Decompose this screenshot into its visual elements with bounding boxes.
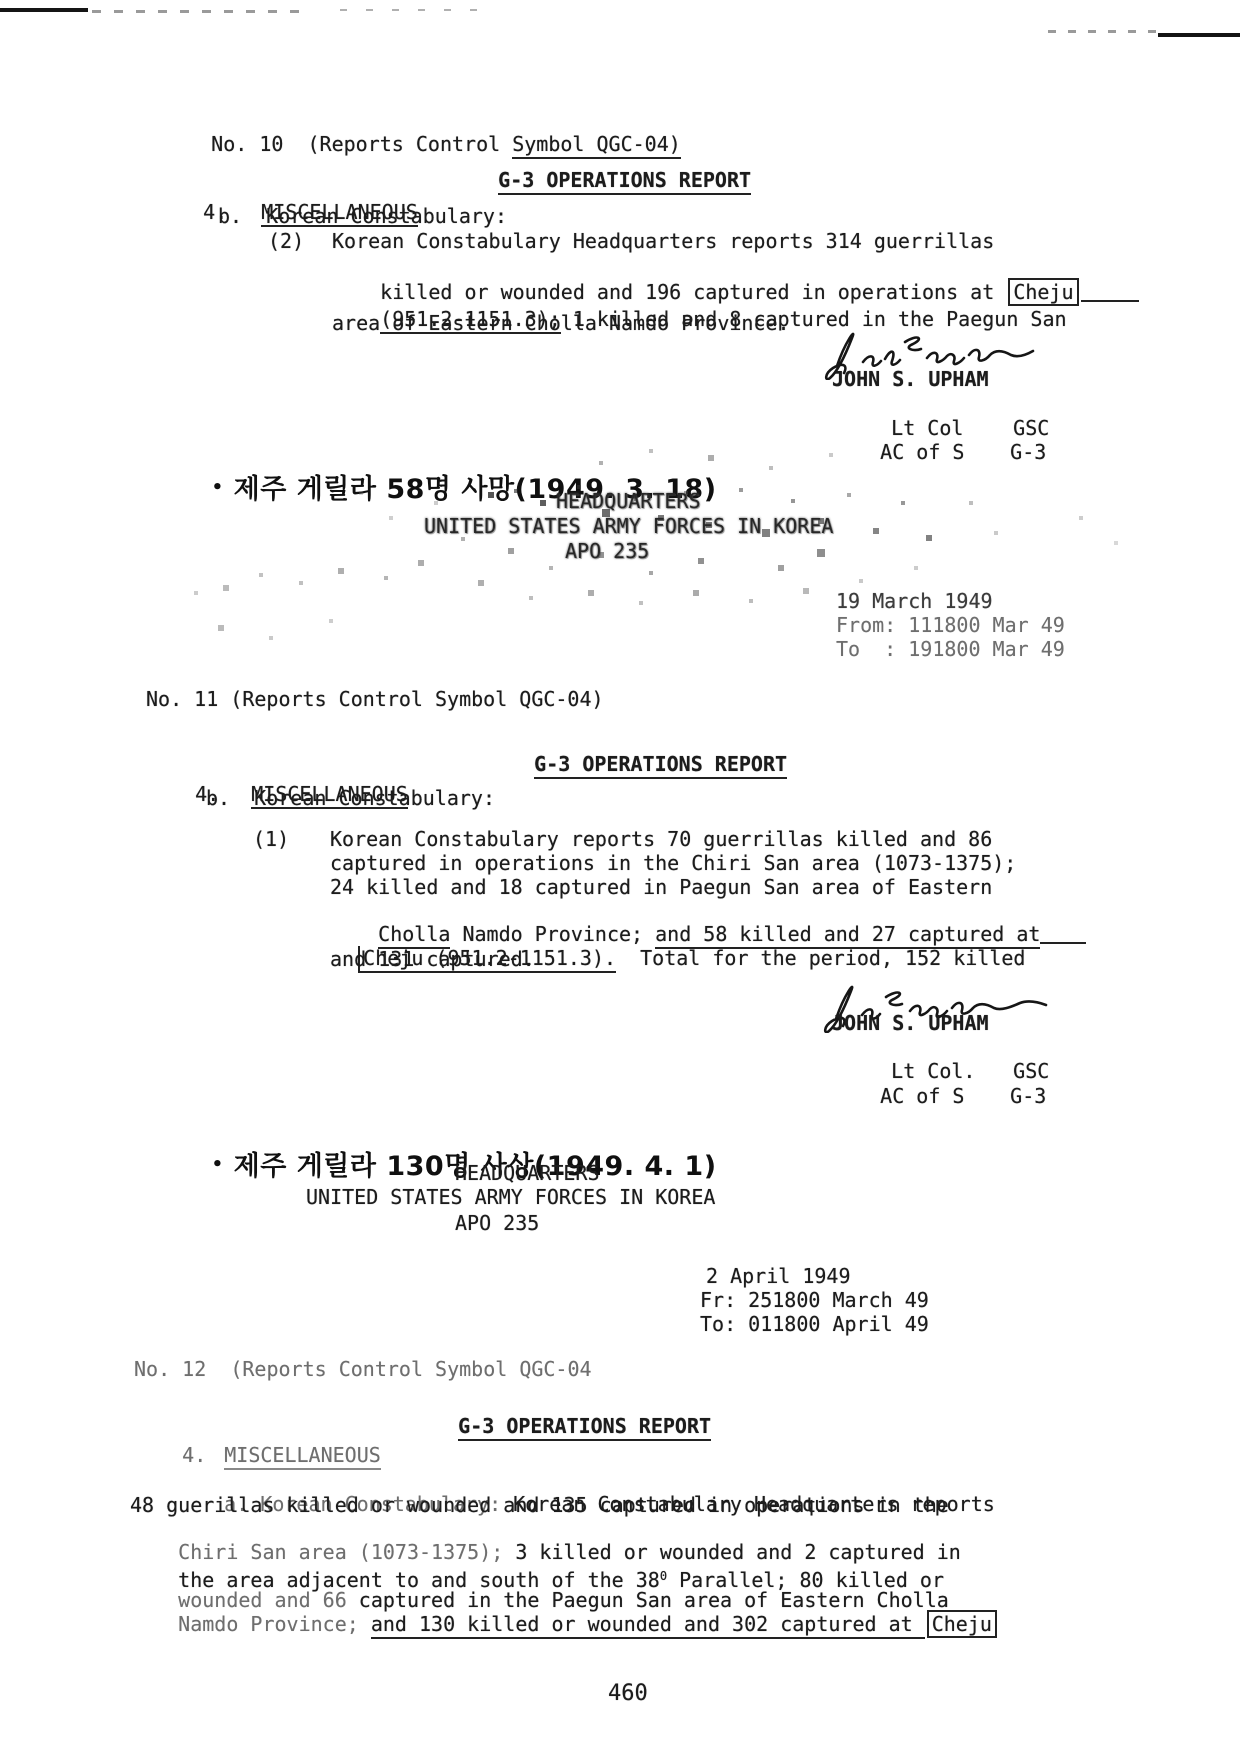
report11-period-to: To : 191800 Mar 49	[836, 638, 1065, 661]
report12-body-line6: Namdo Province; and 130 killed or wounde…	[130, 1590, 999, 1659]
report12-period-to: To: 011800 April 49	[700, 1313, 929, 1336]
report12-date: 2 April 1949	[706, 1265, 851, 1288]
signature-office: G-3	[1010, 1084, 1046, 1108]
signature-office: G-3	[1010, 440, 1046, 464]
report11-body-line6: and 131 captured.	[330, 948, 535, 971]
report12-number-line: No. 12 (Reports Control Symbol QGC-04	[134, 1358, 592, 1381]
section-number: 4.	[182, 1443, 206, 1467]
bullet-icon: •	[212, 477, 224, 498]
underline-trail	[1081, 297, 1139, 302]
letterhead1-hq: HEADQUARTERS	[556, 490, 701, 513]
report10-signature-name: JOHN S. UPHAM	[832, 368, 989, 391]
letterhead1-org: UNITED STATES ARMY FORCES IN KOREA	[424, 515, 833, 538]
scanned-document-page: No. 10 (Reports Control Symbol QGC-04) G…	[0, 0, 1240, 1755]
signature-position: AC of S	[880, 441, 1010, 464]
report10-body-line1: Korean Constabulary Headquarters reports…	[332, 230, 994, 253]
report11-body-line3: 24 killed and 18 captured in Paegun San …	[330, 876, 992, 899]
report11-number-line: No. 11 (Reports Control Symbol QGC-04)	[146, 688, 604, 711]
report10-signature-position-line: AC of SG-3	[832, 418, 1046, 487]
letterhead2-apo: APO 235	[455, 1212, 539, 1235]
underline-trail	[1040, 939, 1086, 944]
report11-date: 19 March 1949	[836, 590, 993, 613]
report11-subsection: b. Korean Constabulary:	[206, 787, 495, 810]
report12-body-line2: 48 guerillas killed or wounded and 135 c…	[130, 1494, 949, 1517]
report12-period-from: Fr: 251800 March 49	[700, 1289, 929, 1312]
section-title: MISCELLANEOUS	[224, 1443, 381, 1470]
scan-artifact-top-left-dashes	[92, 10, 312, 13]
bullet-icon: •	[212, 1154, 224, 1175]
report11-body-line1: Korean Constabulary reports 70 guerrilla…	[330, 828, 992, 851]
letterhead2-hq: HEADQUARTERS	[455, 1162, 600, 1185]
scan-artifact-top-right-line	[1158, 33, 1240, 37]
report11-signature-position-line: AC of SG-3	[832, 1062, 1046, 1131]
letterhead2-org: UNITED STATES ARMY FORCES IN KOREA	[306, 1186, 715, 1209]
report10-item-label: (2)	[268, 230, 304, 253]
scan-artifact-top-left-line	[0, 8, 88, 12]
page-number: 460	[608, 1682, 648, 1705]
report11-title: G-3 OPERATIONS REPORT	[486, 730, 787, 799]
cheju-boxed: Cheju	[927, 1610, 997, 1638]
report11-signature-name: JOHN S. UPHAM	[832, 1012, 989, 1035]
signature-position: AC of S	[880, 1085, 1010, 1108]
report11-item-label: (1)	[253, 828, 289, 851]
letterhead1-apo: APO 235	[565, 540, 649, 563]
scan-artifact-top-mid-dashes	[340, 9, 480, 11]
report11-body-line2: captured in operations in the Chiri San …	[330, 852, 1016, 875]
report10-subsection: b. Korean Constabulary:	[218, 205, 507, 228]
report11-period-from: From: 111800 Mar 49	[836, 614, 1065, 637]
scan-noise	[180, 442, 182, 444]
scan-artifact-top-right-dashes	[1048, 30, 1158, 33]
report10-body-line4: area of Eastern Cholla Namdo Province.	[332, 312, 790, 335]
report12-title: G-3 OPERATIONS REPORT	[410, 1392, 711, 1461]
